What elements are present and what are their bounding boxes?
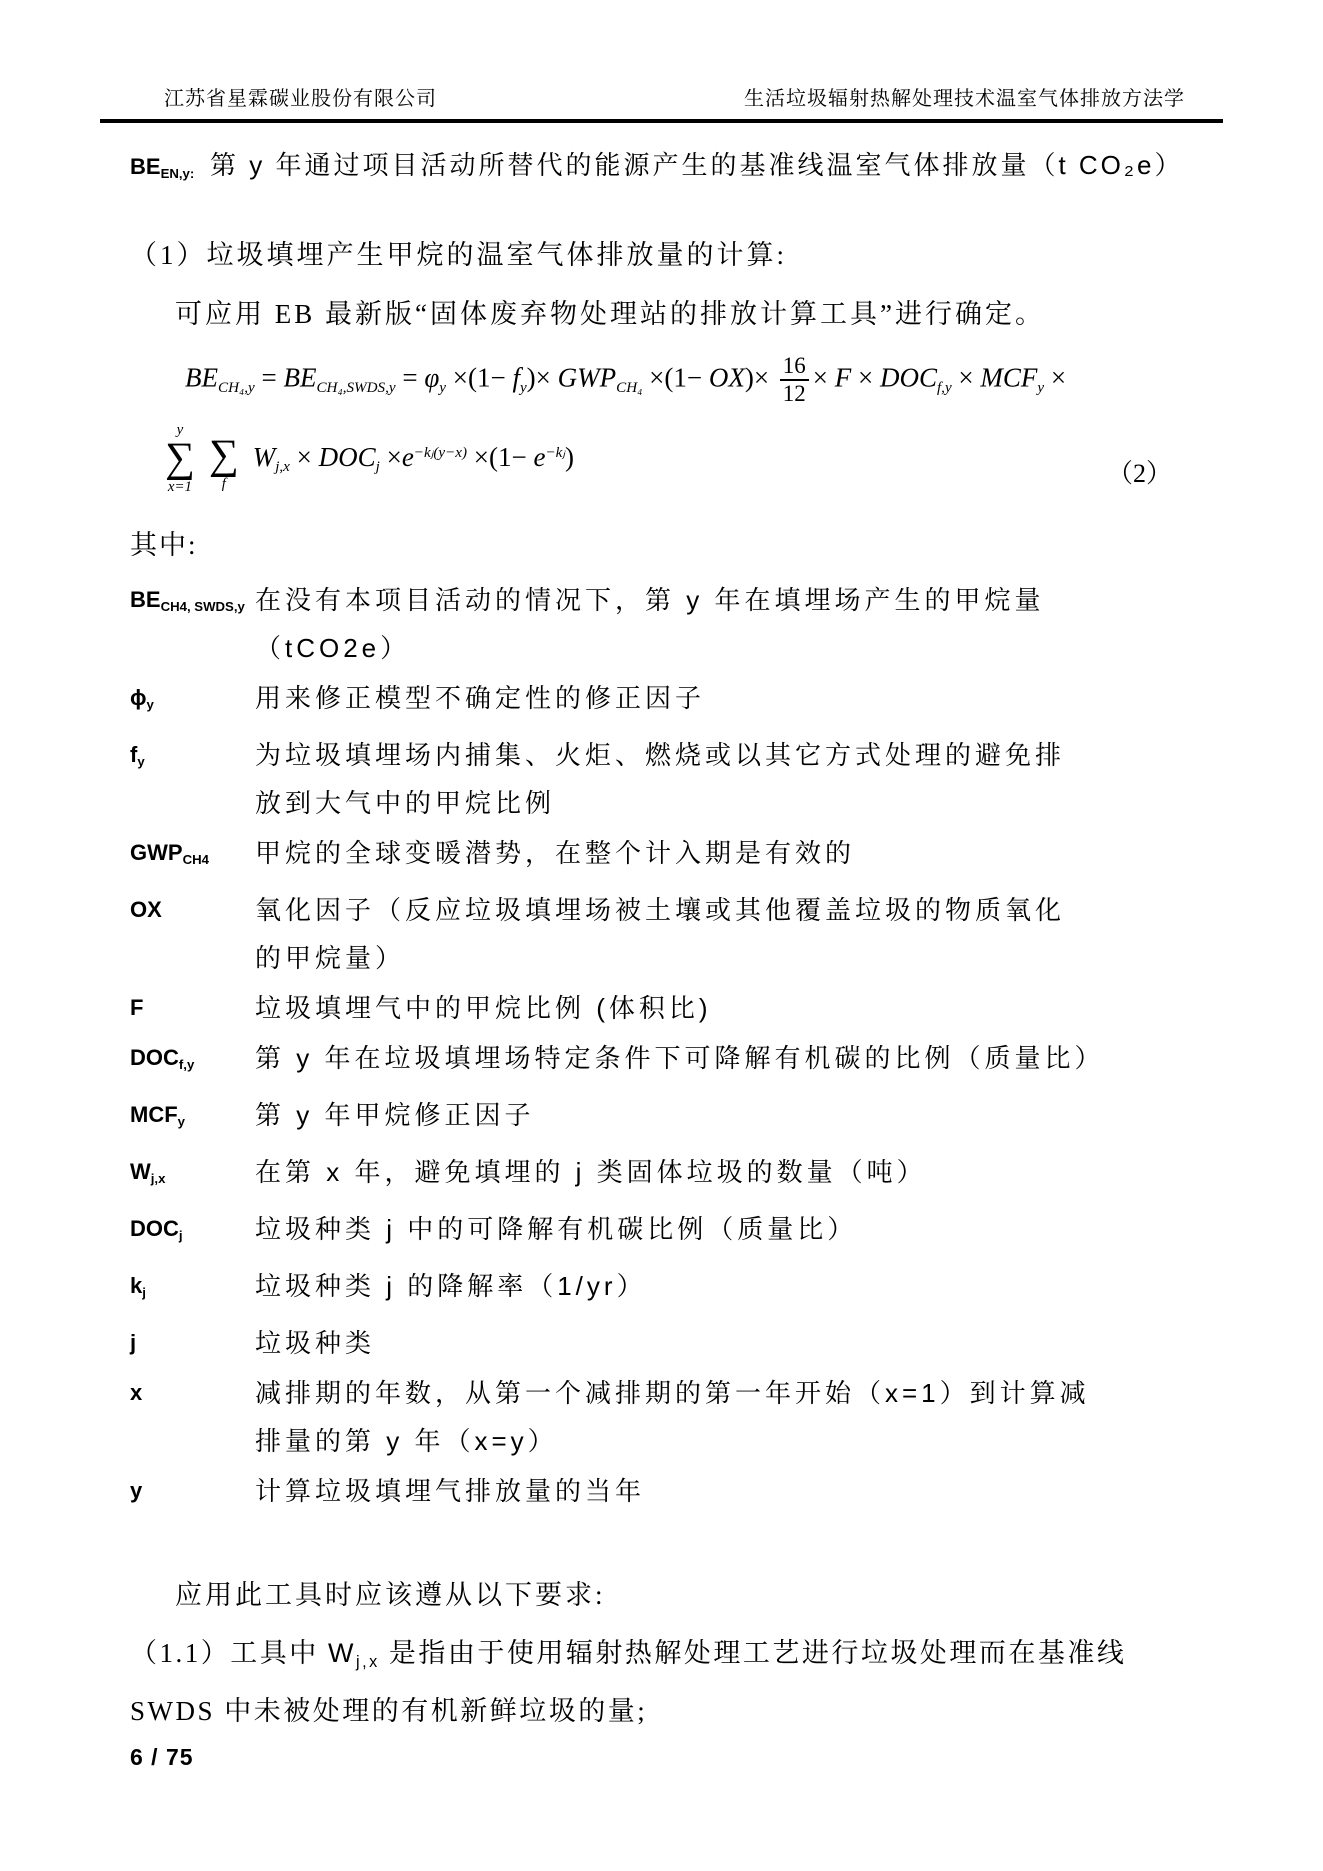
definition-term: BECH4, SWDS,y (130, 576, 255, 631)
definition-text: 垃圾填埋气中的甲烷比例 (体积比) (255, 984, 712, 1032)
equation-block: BECH₄,y = BECH₄,SWDS,y = φy ×(1− fy)× GW… (130, 353, 1190, 497)
definition-row: y 计算垃圾填埋气排放量的当年 (130, 1467, 1190, 1515)
page-body: BEEN,y: 第 y 年通过项目活动所替代的能源产生的基准线温室气体排放量（t… (130, 149, 1190, 1771)
header-doc-title: 生活垃圾辐射热解处理技术温室气体排放方法学 (744, 82, 1185, 111)
definition-term: ϕy (130, 674, 255, 729)
where-label: 其中: (130, 523, 1190, 562)
definition-term: Wj,x (130, 1148, 255, 1203)
document-page: 江苏省星霖碳业股份有限公司 生活垃圾辐射热解处理技术温室气体排放方法学 BEEN… (0, 0, 1323, 1871)
equation-line-2: y∑x=1∑fWj,x × DOCj ×e−kⱼ(y−x) ×(1− e−kⱼ) (130, 422, 1190, 497)
definition-term: OX (130, 886, 255, 934)
definition-row: BECH4, SWDS,y 在没有本项目活动的情况下，第 y 年在填埋场产生的甲… (130, 576, 1190, 672)
definition-row: DOCj 垃圾种类 j 中的可降解有机碳比例（质量比） (130, 1205, 1190, 1260)
definition-row: kj 垃圾种类 j 的降解率（1/yr） (130, 1262, 1190, 1317)
definition-row: GWPCH4 甲烷的全球变暖潜势，在整个计入期是有效的 (130, 829, 1190, 884)
definition-term: F (130, 984, 255, 1032)
equation-line-1: BECH₄,y = BECH₄,SWDS,y = φy ×(1− fy)× GW… (130, 353, 1190, 408)
definition-term: DOCf,y (130, 1034, 255, 1089)
definition-term: kj (130, 1262, 255, 1317)
page-header: 江苏省星霖碳业股份有限公司 生活垃圾辐射热解处理技术温室气体排放方法学 (100, 82, 1223, 123)
definition-row: x 减排期的年数，从第一个减排期的第一年开始（x=1）到计算减 排量的第 y 年… (130, 1369, 1190, 1465)
definition-text: 为垃圾填埋场内捕集、火炬、燃烧或以其它方式处理的避免排 放到大气中的甲烷比例 (255, 731, 1065, 827)
requirement-1-1: （1.1）工具中 Wj,x 是指由于使用辐射热解处理工艺进行垃圾处理而在基准线 … (130, 1628, 1190, 1737)
be-en-term: BEEN,y: (130, 154, 210, 181)
definition-text: 垃圾种类 j 中的可降解有机碳比例（质量比） (255, 1205, 857, 1253)
definition-term: j (130, 1319, 255, 1367)
definition-row: OX 氧化因子（反应垃圾填埋场被土壤或其他覆盖垃圾的物质氧化 的甲烷量） (130, 886, 1190, 982)
definition-text: 垃圾种类 j 的降解率（1/yr） (255, 1262, 647, 1310)
definition-text: 在第 x 年，避免填埋的 j 类固体垃圾的数量（吨） (255, 1148, 927, 1196)
definition-text: 氧化因子（反应垃圾填埋场被土壤或其他覆盖垃圾的物质氧化 的甲烷量） (255, 886, 1065, 982)
definition-row: F 垃圾填埋气中的甲烷比例 (体积比) (130, 984, 1190, 1032)
definition-row: DOCf,y 第 y 年在垃圾填埋场特定条件下可降解有机碳的比例（质量比） (130, 1034, 1190, 1089)
definition-term: y (130, 1467, 255, 1515)
section-heading: （1）垃圾填埋产生甲烷的温室气体排放量的计算: (130, 233, 1190, 272)
definition-text: 甲烷的全球变暖潜势，在整个计入期是有效的 (255, 829, 855, 877)
definition-term: x (130, 1369, 255, 1417)
definition-term: DOCj (130, 1205, 255, 1260)
be-en-definition-row: BEEN,y: 第 y 年通过项目活动所替代的能源产生的基准线温室气体排放量（t… (130, 149, 1190, 183)
requirements-intro: 应用此工具时应该遵从以下要求: (130, 1573, 1190, 1612)
definition-term: GWPCH4 (130, 829, 255, 884)
definitions-list: BECH4, SWDS,y 在没有本项目活动的情况下，第 y 年在填埋场产生的甲… (130, 576, 1190, 1515)
definition-text: 第 y 年在垃圾填埋场特定条件下可降解有机碳的比例（质量比） (255, 1034, 1104, 1082)
definition-text: 垃圾种类 (255, 1319, 375, 1367)
be-en-definition-text: 第 y 年通过项目活动所替代的能源产生的基准线温室气体排放量（t CO₂e） (210, 149, 1183, 183)
definition-text: 第 y 年甲烷修正因子 (255, 1091, 534, 1139)
definition-text: 在没有本项目活动的情况下，第 y 年在填埋场产生的甲烷量 （tCO2e） (255, 576, 1044, 672)
tool-reference-note: 可应用 EB 最新版“固体废弃物处理站的排放计算工具”进行确定。 (130, 292, 1190, 331)
definition-row: j 垃圾种类 (130, 1319, 1190, 1367)
definition-text: 减排期的年数，从第一个减排期的第一年开始（x=1）到计算减 排量的第 y 年（x… (255, 1369, 1090, 1465)
page-number: 6 / 75 (130, 1744, 1190, 1771)
definition-row: fy 为垃圾填埋场内捕集、火炬、燃烧或以其它方式处理的避免排 放到大气中的甲烷比… (130, 731, 1190, 827)
definition-text: 计算垃圾填埋气排放量的当年 (255, 1467, 645, 1515)
definition-text: 用来修正模型不确定性的修正因子 (255, 674, 705, 722)
equation-number: （2） (1107, 453, 1172, 490)
definition-row: Wj,x 在第 x 年，避免填埋的 j 类固体垃圾的数量（吨） (130, 1148, 1190, 1203)
definition-term: MCFy (130, 1091, 255, 1146)
header-company: 江苏省星霖碳业股份有限公司 (164, 82, 437, 111)
definition-term: fy (130, 731, 255, 786)
definition-row: ϕy 用来修正模型不确定性的修正因子 (130, 674, 1190, 729)
definition-row: MCFy 第 y 年甲烷修正因子 (130, 1091, 1190, 1146)
